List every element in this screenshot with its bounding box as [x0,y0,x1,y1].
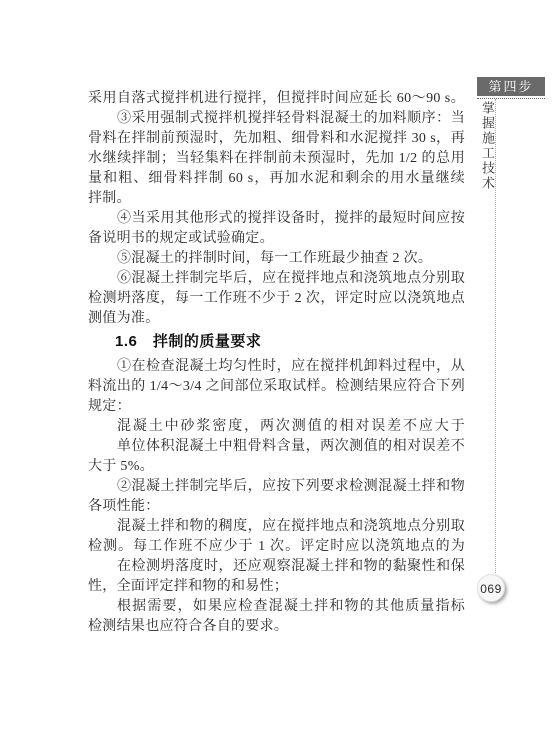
text-line: 测值为准。 [88,309,465,329]
text-line: ⑥混凝土拌制完毕后，应在搅拌地点和浇筑地点分别取样 [88,269,465,289]
text-line: 混凝土中砂浆密度，两次测值的相对误差不应大于0.8%； [88,417,465,437]
text-line: 骨料在拌制前预湿时，先加粗、细骨料和水泥搅拌 30 s，再加 [88,129,465,149]
text-line: 备说明书的规定或试验确定。 [88,229,465,249]
text-line: 各项性能： [88,497,465,517]
book-page: 采用自落式搅拌机进行搅拌，但搅拌时间应延长 60～90 s。③采用强制式搅拌机搅… [0,0,555,750]
text-line: 性，全面评定拌和物的和易性； [88,577,465,597]
text-line: ⑤混凝土的拌制时间，每一工作班最少抽查 2 次。 [88,249,465,269]
text-line: 检测结果也应符合各自的要求。 [88,617,465,637]
text-line: 拌制。 [88,189,465,209]
text-line: 水继续拌制；当轻集料在拌制前未预湿时，先加 1/2 的总用水 [88,149,465,169]
text-line: 采用自落式搅拌机进行搅拌，但搅拌时间应延长 60～90 s。 [88,89,465,109]
text-line: 根据需要，如果应检查混凝土拌和物的其他质量指标时， [88,597,465,617]
text-line: ②混凝土拌制完毕后，应按下列要求检测混凝土拌和物的 [88,477,465,497]
text-line: ①在检查混凝土均匀性时，应在搅拌机卸料过程中，从卸 [88,357,465,377]
page-number-badge: 069 [477,574,505,602]
text-line: 在检测坍落度时，还应观察混凝土拌和物的黏聚性和保水 [88,557,465,577]
text-line: 检测。每工作班不应少于 1 次。评定时应以浇筑地点的为准； [88,537,465,557]
dotted-leader-line [495,99,496,573]
text-line: 大于 5%。 [88,457,465,477]
section-heading: 1.6 拌制的质量要求 [88,332,465,352]
chapter-step-tab: 第四步 [477,77,545,96]
text-line: 检测坍落度，每一工作班不少于 2 次，评定时应以浇筑地点的 [88,289,465,309]
text-line: ③采用强制式搅拌机搅拌轻骨料混凝土的加料顺序：当轻 [88,109,465,129]
text-line: 料流出的 1/4～3/4 之间部位采取试样。检测结果应符合下列 [88,377,465,397]
tab-dotted-underline [477,98,545,99]
body-text: 采用自落式搅拌机进行搅拌，但搅拌时间应延长 60～90 s。③采用强制式搅拌机搅… [88,89,465,637]
text-line: 规定： [88,397,465,417]
text-line: ④当采用其他形式的搅拌设备时，搅拌的最短时间应按设 [88,209,465,229]
text-line: 混凝土拌和物的稠度，应在搅拌地点和浇筑地点分别取样 [88,517,465,537]
text-line: 单位体积混凝土中粗骨料含量，两次测值的相对误差不应 [88,437,465,457]
text-line: 量和粗、细骨料拌制 60 s，再加水泥和剩余的用水量继续 [88,169,465,189]
